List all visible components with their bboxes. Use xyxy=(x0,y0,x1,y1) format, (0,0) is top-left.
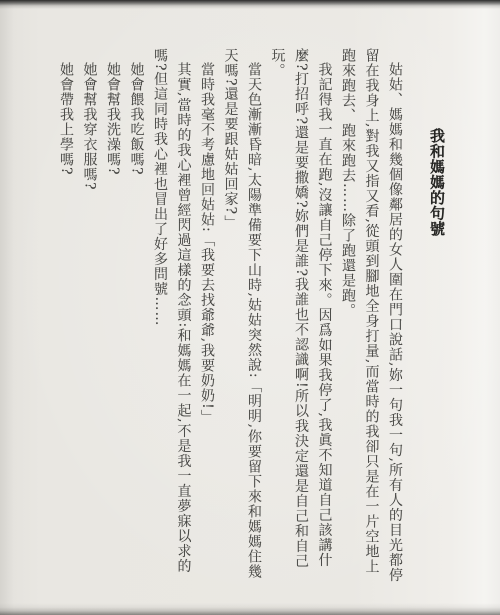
vertical-text-block: 我和媽媽的句號 姑姑、媽媽和幾個像鄰居的女人圍在門口說話,妳一句我一句,所有人的… xyxy=(54,48,451,588)
paragraph-5: 其實,當時的我心裡曾經閃過這樣的念頭:和媽媽在一起,不是我一直夢寐以求的嗎?但這… xyxy=(148,48,195,588)
paragraph-1: 姑姑、媽媽和幾個像鄰居的女人圍在門口說話,妳一句我一句,所有人的目光都停留在我身… xyxy=(336,48,407,588)
question-line-3: 她會幫我穿衣服嗎? xyxy=(77,48,101,588)
paragraph-4: 當時我毫不考慮地回姑姑:「我要去找爺爺,我要奶奶!」 xyxy=(195,48,219,588)
scan-shade-left xyxy=(0,0,14,615)
question-line-1: 她會餵我吃飯嗎? xyxy=(124,48,148,588)
question-line-2: 她會幫我洗澡嗎? xyxy=(101,48,125,588)
scan-edge-top xyxy=(0,0,500,9)
chapter-title: 我和媽媽的句號 xyxy=(424,48,450,588)
question-line-4: 她會帶我上學嗎? xyxy=(54,48,78,588)
book-page: 我和媽媽的句號 姑姑、媽媽和幾個像鄰居的女人圍在門口說話,妳一句我一句,所有人的… xyxy=(0,0,500,615)
paragraph-3: 當天色漸漸昏暗,太陽準備要下山時,姑姑突然說:「明明,你要留下來和媽媽住幾天嗎?… xyxy=(218,48,265,588)
paragraph-2: 我記得我一直在跑,沒讓自己停下來。因爲如果我停了,我眞不知道自己該講什麼?打招呼… xyxy=(265,48,336,588)
scan-edge-bottom xyxy=(0,603,500,615)
